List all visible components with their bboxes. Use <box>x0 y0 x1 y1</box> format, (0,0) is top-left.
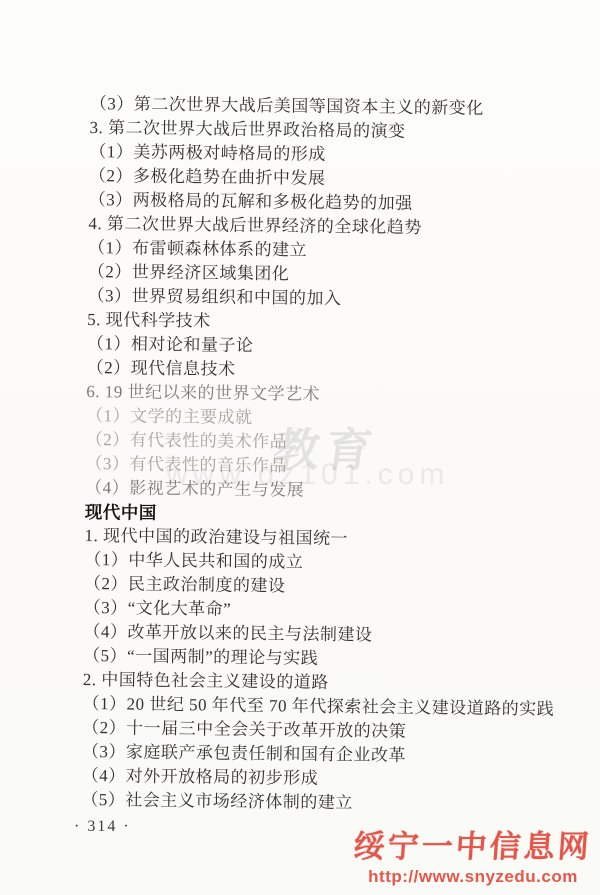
site-watermark: 绥宁一中信息网 http://www.snyzedu.com <box>354 821 592 887</box>
page-number: · 314 · <box>74 818 131 836</box>
site-watermark-url: http://www.snyzedu.com <box>354 867 592 887</box>
toc-line: （5）社会主义市场经济体制的建立 <box>81 788 553 818</box>
site-watermark-name: 绥宁一中信息网 <box>352 821 593 866</box>
scanned-page: 教育 www.dz101.com （3）第二次世界大战后美国等国资本主义的新变化… <box>0 0 600 895</box>
toc-list: （3）第二次世界大战后美国等国资本主义的新变化3. 第二次世界大战后世界政治格局… <box>81 92 562 818</box>
